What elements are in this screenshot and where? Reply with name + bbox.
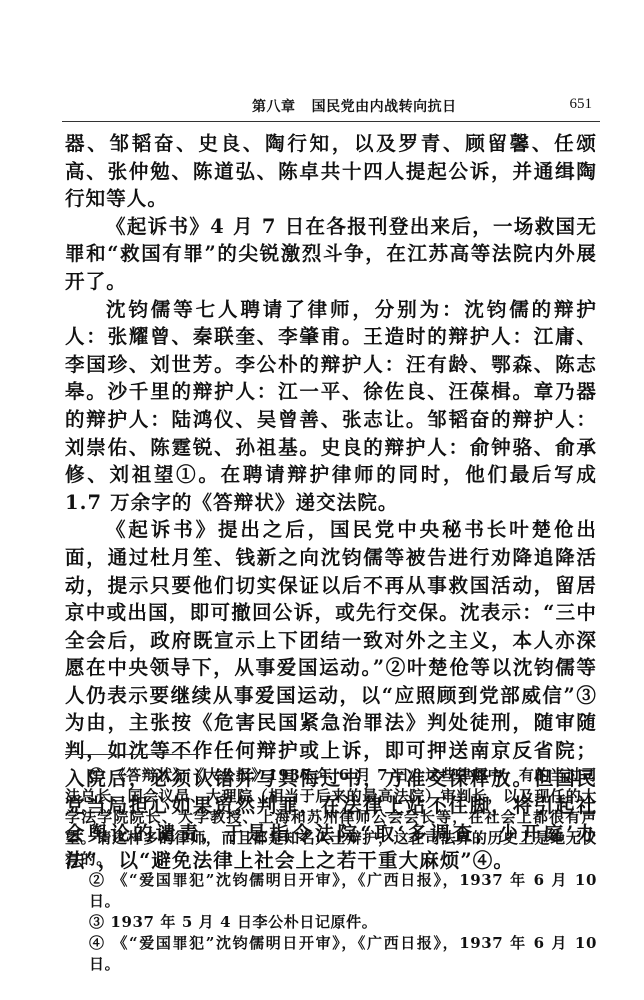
footnote-4: ④ 《“爱国罪犯”沈钧儒明日开审》，《广西日报》，1937 年 6 月 10 日… — [65, 933, 597, 975]
footnotes: ① 《答辩状》，《大公报》1937 年 6 月 7 日。这些律师中，有的当过司法… — [65, 765, 597, 975]
body-text: 器、邹韬奋、史良、陶行知，以及罗青、顾留馨、任颂高、张仲勉、陈道弘、陈卓共十四人… — [65, 130, 597, 875]
footnote-rule — [65, 754, 200, 755]
footnote-3: ③ 1937 年 5 月 4 日李公朴日记原件。 — [65, 912, 597, 933]
header-rule — [62, 121, 600, 122]
running-header: 第八章 国民党由内战转向抗日 651 — [62, 96, 600, 116]
chapter-title: 第八章 国民党由内战转向抗日 — [252, 96, 457, 116]
paragraph: 沈钧儒等七人聘请了律师，分别为：沈钧儒的辩护人：张耀曾、秦联奎、李肇甫。王造时的… — [65, 296, 597, 517]
paragraph-continued: 器、邹韬奋、史良、陶行知，以及罗青、顾留馨、任颂高、张仲勉、陈道弘、陈卓共十四人… — [65, 130, 597, 213]
footnote-1: ① 《答辩状》，《大公报》1937 年 6 月 7 日。这些律师中，有的当过司法… — [65, 765, 597, 870]
footnote-2: ② 《“爱国罪犯”沈钧儒明日开审》，《广西日报》，1937 年 6 月 10 日… — [65, 870, 597, 912]
paragraph: 《起诉书》4 月 7 日在各报刊登出来后，一场救国无罪和“救国有罪”的尖锐激烈斗… — [65, 213, 597, 296]
page-number: 651 — [570, 96, 593, 113]
